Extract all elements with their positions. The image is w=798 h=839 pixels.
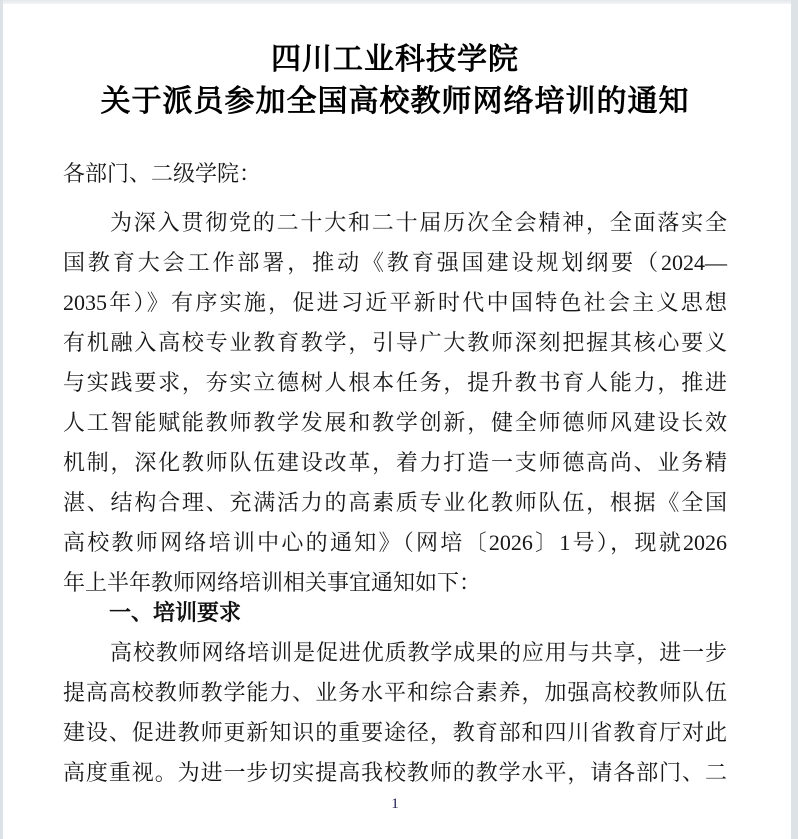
window-edge-right [791, 0, 798, 839]
text-column: 四川工业科技学院 关于派员参加全国高校教师网络培训的通知 各部门、二级学院： 为… [63, 4, 727, 818]
document-title: 四川工业科技学院 关于派员参加全国高校教师网络培训的通知 [63, 39, 727, 123]
body-line: 高度重视。为进一步切实提高我校教师的教学水平，请各部门、二 [63, 753, 727, 793]
body-line: 建设、促进教师更新知识的重要途径，教育部和四川省教育厅对此 [63, 713, 727, 753]
paragraph-1: 为深入贯彻党的二十大和二十届历次全会精神，全面落实全 国教育大会工作部署，推动《… [63, 203, 727, 603]
document-title-line1: 四川工业科技学院 [63, 39, 727, 81]
body-line: 高校教师网络培训中心的通知》（网培〔2026〕1号），现就2026 [63, 523, 727, 563]
body-line: 为深入贯彻党的二十大和二十届历次全会精神，全面落实全 [63, 203, 727, 243]
document-viewer: 四川工业科技学院 关于派员参加全国高校教师网络培训的通知 各部门、二级学院： 为… [0, 0, 798, 839]
body-line: 有机融入高校专业教育教学，引导广大教师深刻把握其核心要义 [63, 323, 727, 363]
paragraph-2: 高校教师网络培训是促进优质教学成果的应用与共享，进一步 提高高校教师教学能力、业… [63, 633, 727, 793]
body-line: 高校教师网络培训是促进优质教学成果的应用与共享，进一步 [63, 633, 727, 673]
body-line: 国教育大会工作部署，推动《教育强国建设规划纲要（2024— [63, 243, 727, 283]
document-title-line2: 关于派员参加全国高校教师网络培训的通知 [63, 81, 727, 123]
body-line: 人工智能赋能教师教学发展和教学创新，健全师德师风建设长效 [63, 403, 727, 443]
page-number: 1 [63, 790, 727, 818]
body-line: 湛、结构合理、充满活力的高素质专业化教师队伍，根据《全国 [63, 483, 727, 523]
body-line: 提高高校教师教学能力、业务水平和综合素养，加强高校教师队伍 [63, 673, 727, 713]
body-line: 2035年）》有序实施，促进习近平新时代中国特色社会主义思想 [63, 283, 727, 323]
body-line: 与实践要求，夯实立德树人根本任务，提升教书育人能力，推进 [63, 363, 727, 403]
body-line: 机制，深化教师队伍建设改革，着力打造一支师德高尚、业务精 [63, 443, 727, 483]
salutation: 各部门、二级学院： [63, 154, 727, 194]
document-page: 四川工业科技学院 关于派员参加全国高校教师网络培训的通知 各部门、二级学院： 为… [3, 4, 791, 839]
